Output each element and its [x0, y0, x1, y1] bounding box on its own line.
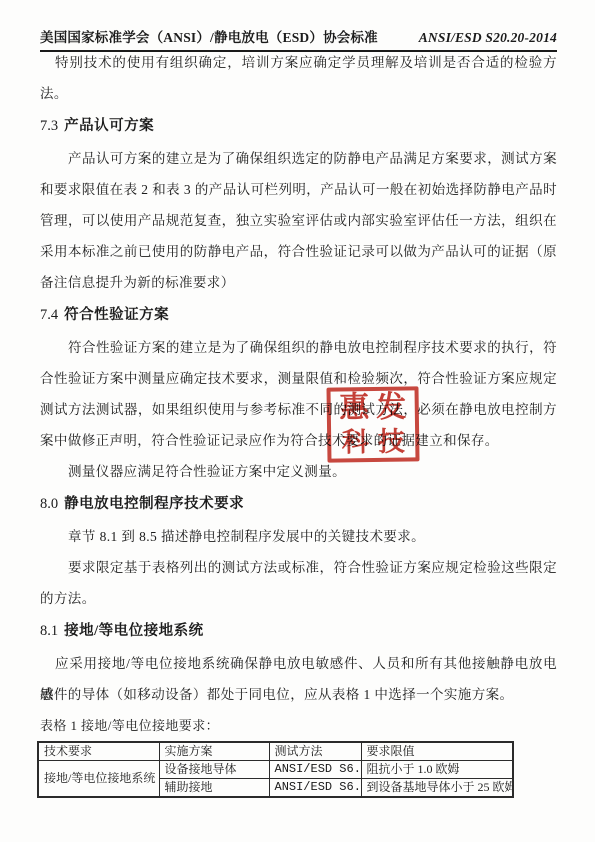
section-title: 接地/等电位接地系统 [64, 623, 204, 639]
body-line: 感件的导体（如移动设备）都处于同电位，应从表格 1 中选择一个实施方案。 [40, 679, 557, 710]
document-body: 特别技术的使用有组织确定，培训方案应确定学员理解及培训是否合适的检验方 法。 7… [40, 47, 557, 798]
section-number: 8.0 [40, 496, 58, 512]
body-line: 法。 [40, 78, 557, 109]
section-number: 7.3 [40, 118, 58, 134]
body-line: 备注信息提升为新的标准要求） [40, 267, 557, 298]
table-header-row: 技术要求 实施方案 测试方法 要求限值 [38, 742, 513, 761]
section-title: 符合性验证方案 [64, 307, 169, 323]
body-line: 特别技术的使用有组织确定，培训方案应确定学员理解及培训是否合适的检验方 [40, 47, 557, 78]
body-line: 和要求限值在表 2 和表 3 的产品认可栏列明，产品认可一般在初始选择防静电产品… [40, 174, 557, 205]
header-standard-code: ANSI/ESD S20.20-2014 [419, 30, 557, 46]
cell-required-limit: 阻抗小于 1.0 欧姆 [361, 761, 513, 779]
column-header-implementation-plan: 实施方案 [159, 742, 269, 761]
cell-implementation-plan: 设备接地导体 [159, 761, 269, 779]
body-line: 符合性验证方案的建立是为了确保组织的静电放电控制程序技术要求的执行，符 [40, 332, 557, 363]
body-line: 要求限定基于表格列出的测试方法或标准，符合性验证方案应规定检验这些限定 [40, 552, 557, 583]
body-line: 合性验证方案中测量应确定技术要求，测量限值和检验频次，符合性验证方案应规定 [40, 363, 557, 394]
column-header-test-method: 测试方法 [269, 742, 361, 761]
body-line: 章节 8.1 到 8.5 描述静电控制程序发展中的关键技术要求。 [40, 521, 557, 552]
grounding-requirements-table: 技术要求 实施方案 测试方法 要求限值 接地/等电位接地系统 设备接地导体 AN… [37, 741, 514, 798]
header-title: 美国国家标准学会（ANSI）/静电放电（ESD）协会标准 [40, 26, 378, 46]
cell-technical-requirement: 接地/等电位接地系统 [38, 761, 159, 798]
section-number: 8.1 [40, 623, 58, 639]
section-title: 静电放电控制程序技术要求 [64, 496, 244, 512]
body-line: 的方法。 [40, 583, 557, 614]
section-number: 7.4 [40, 307, 58, 323]
section-title: 产品认可方案 [64, 118, 154, 134]
body-line: 案中做修正声明，符合性验证记录应作为符合技术要求的证据建立和保存。 [40, 425, 557, 456]
cell-test-method: ANSI/ESD S6.1 [269, 761, 361, 779]
body-line: 产品认可方案的建立是为了确保组织选定的防静电产品满足方案要求，测试方案 [40, 143, 557, 174]
column-header-technical-requirement: 技术要求 [38, 742, 159, 761]
column-header-required-limit: 要求限值 [361, 742, 513, 761]
body-line: 应采用接地/等电位接地系统确保静电放电敏感件、人员和所有其他接触静电放电敏 [40, 648, 557, 679]
body-line: 测量仪器应满足符合性验证方案中定义测量。 [40, 456, 557, 487]
cell-test-method: ANSI/ESD S6.1 [269, 779, 361, 798]
body-line: 测试方法测试器，如果组织使用与参考标准不同的测试方法，必须在静电放电控制方 [40, 394, 557, 425]
body-line: 采用本标准之前已使用的防静电产品，符合性验证记录可以做为产品认可的证据（原 [40, 236, 557, 267]
section-heading-7-3: 7.3产品认可方案 [40, 109, 557, 143]
table-row: 接地/等电位接地系统 设备接地导体 ANSI/ESD S6.1 阻抗小于 1.0… [38, 761, 513, 779]
cell-implementation-plan: 辅助接地 [159, 779, 269, 798]
cell-required-limit: 到设备基地导体小于 25 欧姆 [361, 779, 513, 798]
document-page: 美国国家标准学会（ANSI）/静电放电（ESD）协会标准 ANSI/ESD S2… [0, 0, 595, 842]
section-heading-8-0: 8.0静电放电控制程序技术要求 [40, 487, 557, 521]
table-caption: 表格 1 接地/等电位接地要求： [40, 710, 557, 741]
section-heading-7-4: 7.4符合性验证方案 [40, 298, 557, 332]
section-heading-8-1: 8.1接地/等电位接地系统 [40, 614, 557, 648]
body-line: 管理，可以使用产品规范复查，独立实验室评估或内部实验室评估任一方法，组织在 [40, 205, 557, 236]
